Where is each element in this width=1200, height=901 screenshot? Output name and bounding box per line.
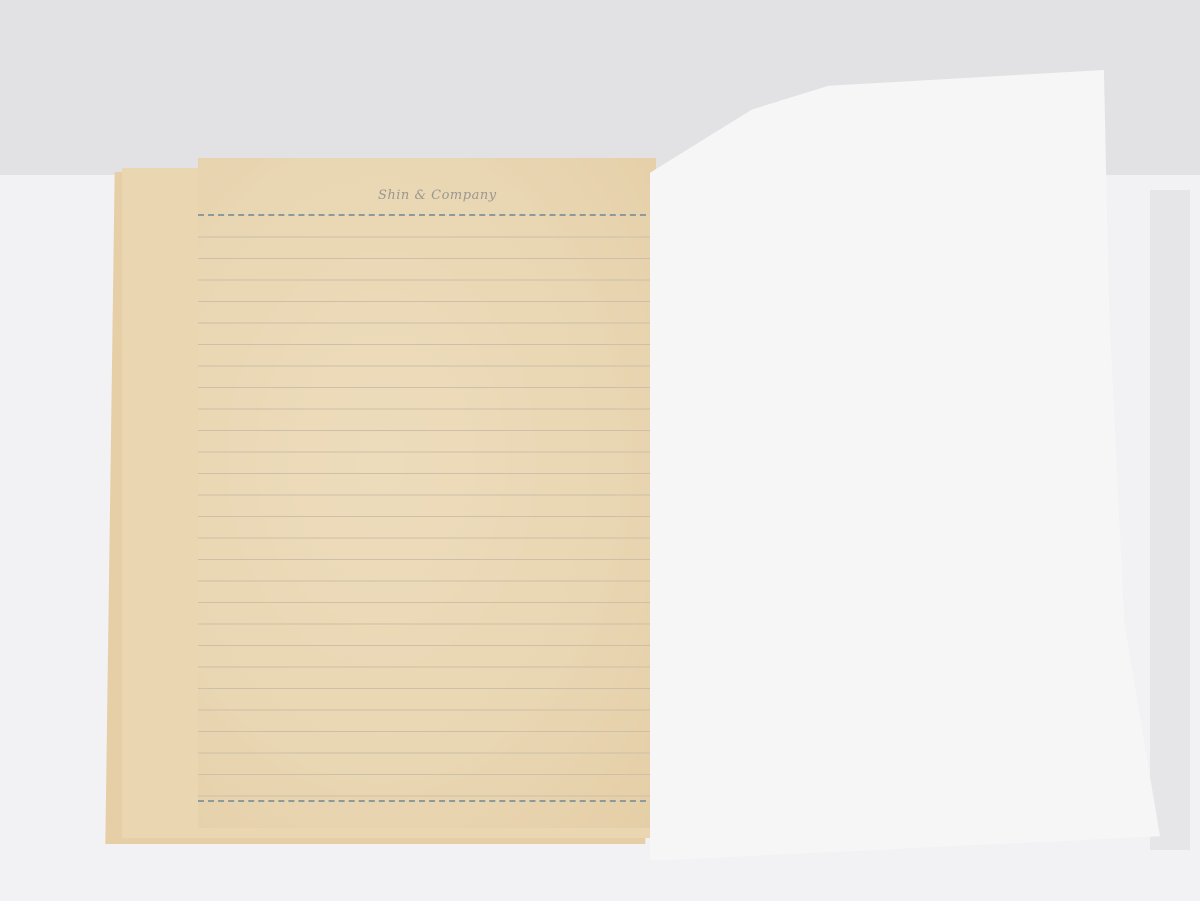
ruled-lines — [198, 216, 656, 806]
bottom-dashed-border — [198, 800, 656, 802]
brand-header: Shin & Company — [378, 188, 497, 203]
notepad-cover-folded-open — [650, 70, 1160, 860]
notepad-front-page: Shin & Company — [198, 158, 656, 828]
cover-shadow — [1150, 190, 1190, 850]
